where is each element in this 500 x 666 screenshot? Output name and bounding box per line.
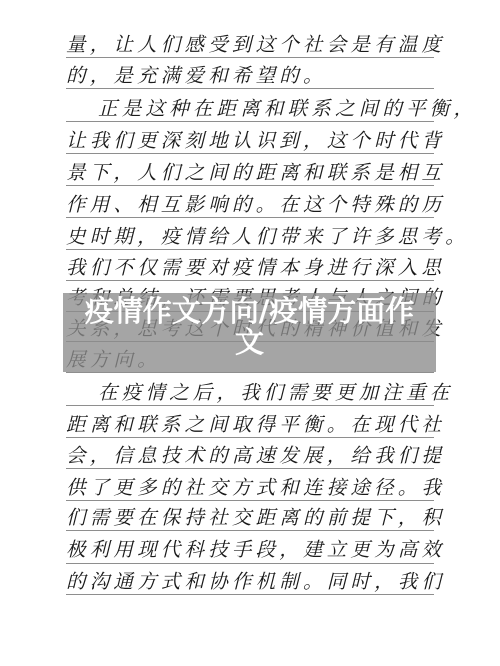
essay-page: 量，让人们感受到这个社会是有温度 的，是充满爱和希望的。 正是这种在距离和联系之… — [0, 0, 500, 666]
essay-line: 会，信息技术的高速发展，给我们提 — [66, 441, 438, 471]
overlay-title: 疫情作文方向/疫情方面作文 — [63, 296, 436, 358]
essay-line: 在疫情之后，我们需要更加注重在 — [66, 378, 438, 408]
essay-line: 正是这种在距离和联系之间的平衡， — [66, 94, 438, 124]
essay-line: 们需要在保持社交距离的前提下，积 — [66, 503, 438, 533]
essay-line: 量，让人们感受到这个社会是有温度 — [66, 30, 438, 60]
essay-line: 作用、相互影响的。在这个特殊的历 — [66, 190, 438, 220]
essay-line: 供了更多的社交方式和连接途径。我 — [66, 473, 438, 503]
essay-line: 让我们更深刻地认识到，这个时代背 — [66, 126, 438, 156]
essay-line: 的，是充满爱和希望的。 — [66, 61, 438, 91]
essay-line: 极利用现代科技手段，建立更为高效 — [66, 535, 438, 565]
essay-line: 的沟通方式和协作机制。同时，我们 — [66, 567, 438, 597]
essay-line: 史时期，疫情给人们带来了许多思考。 — [66, 222, 438, 252]
essay-line: 我们不仅需要对疫情本身进行深入思 — [66, 253, 438, 283]
essay-line: 景下，人们之间的距离和联系是相互 — [66, 158, 438, 188]
essay-line: 距离和联系之间取得平衡。在现代社 — [66, 410, 438, 440]
